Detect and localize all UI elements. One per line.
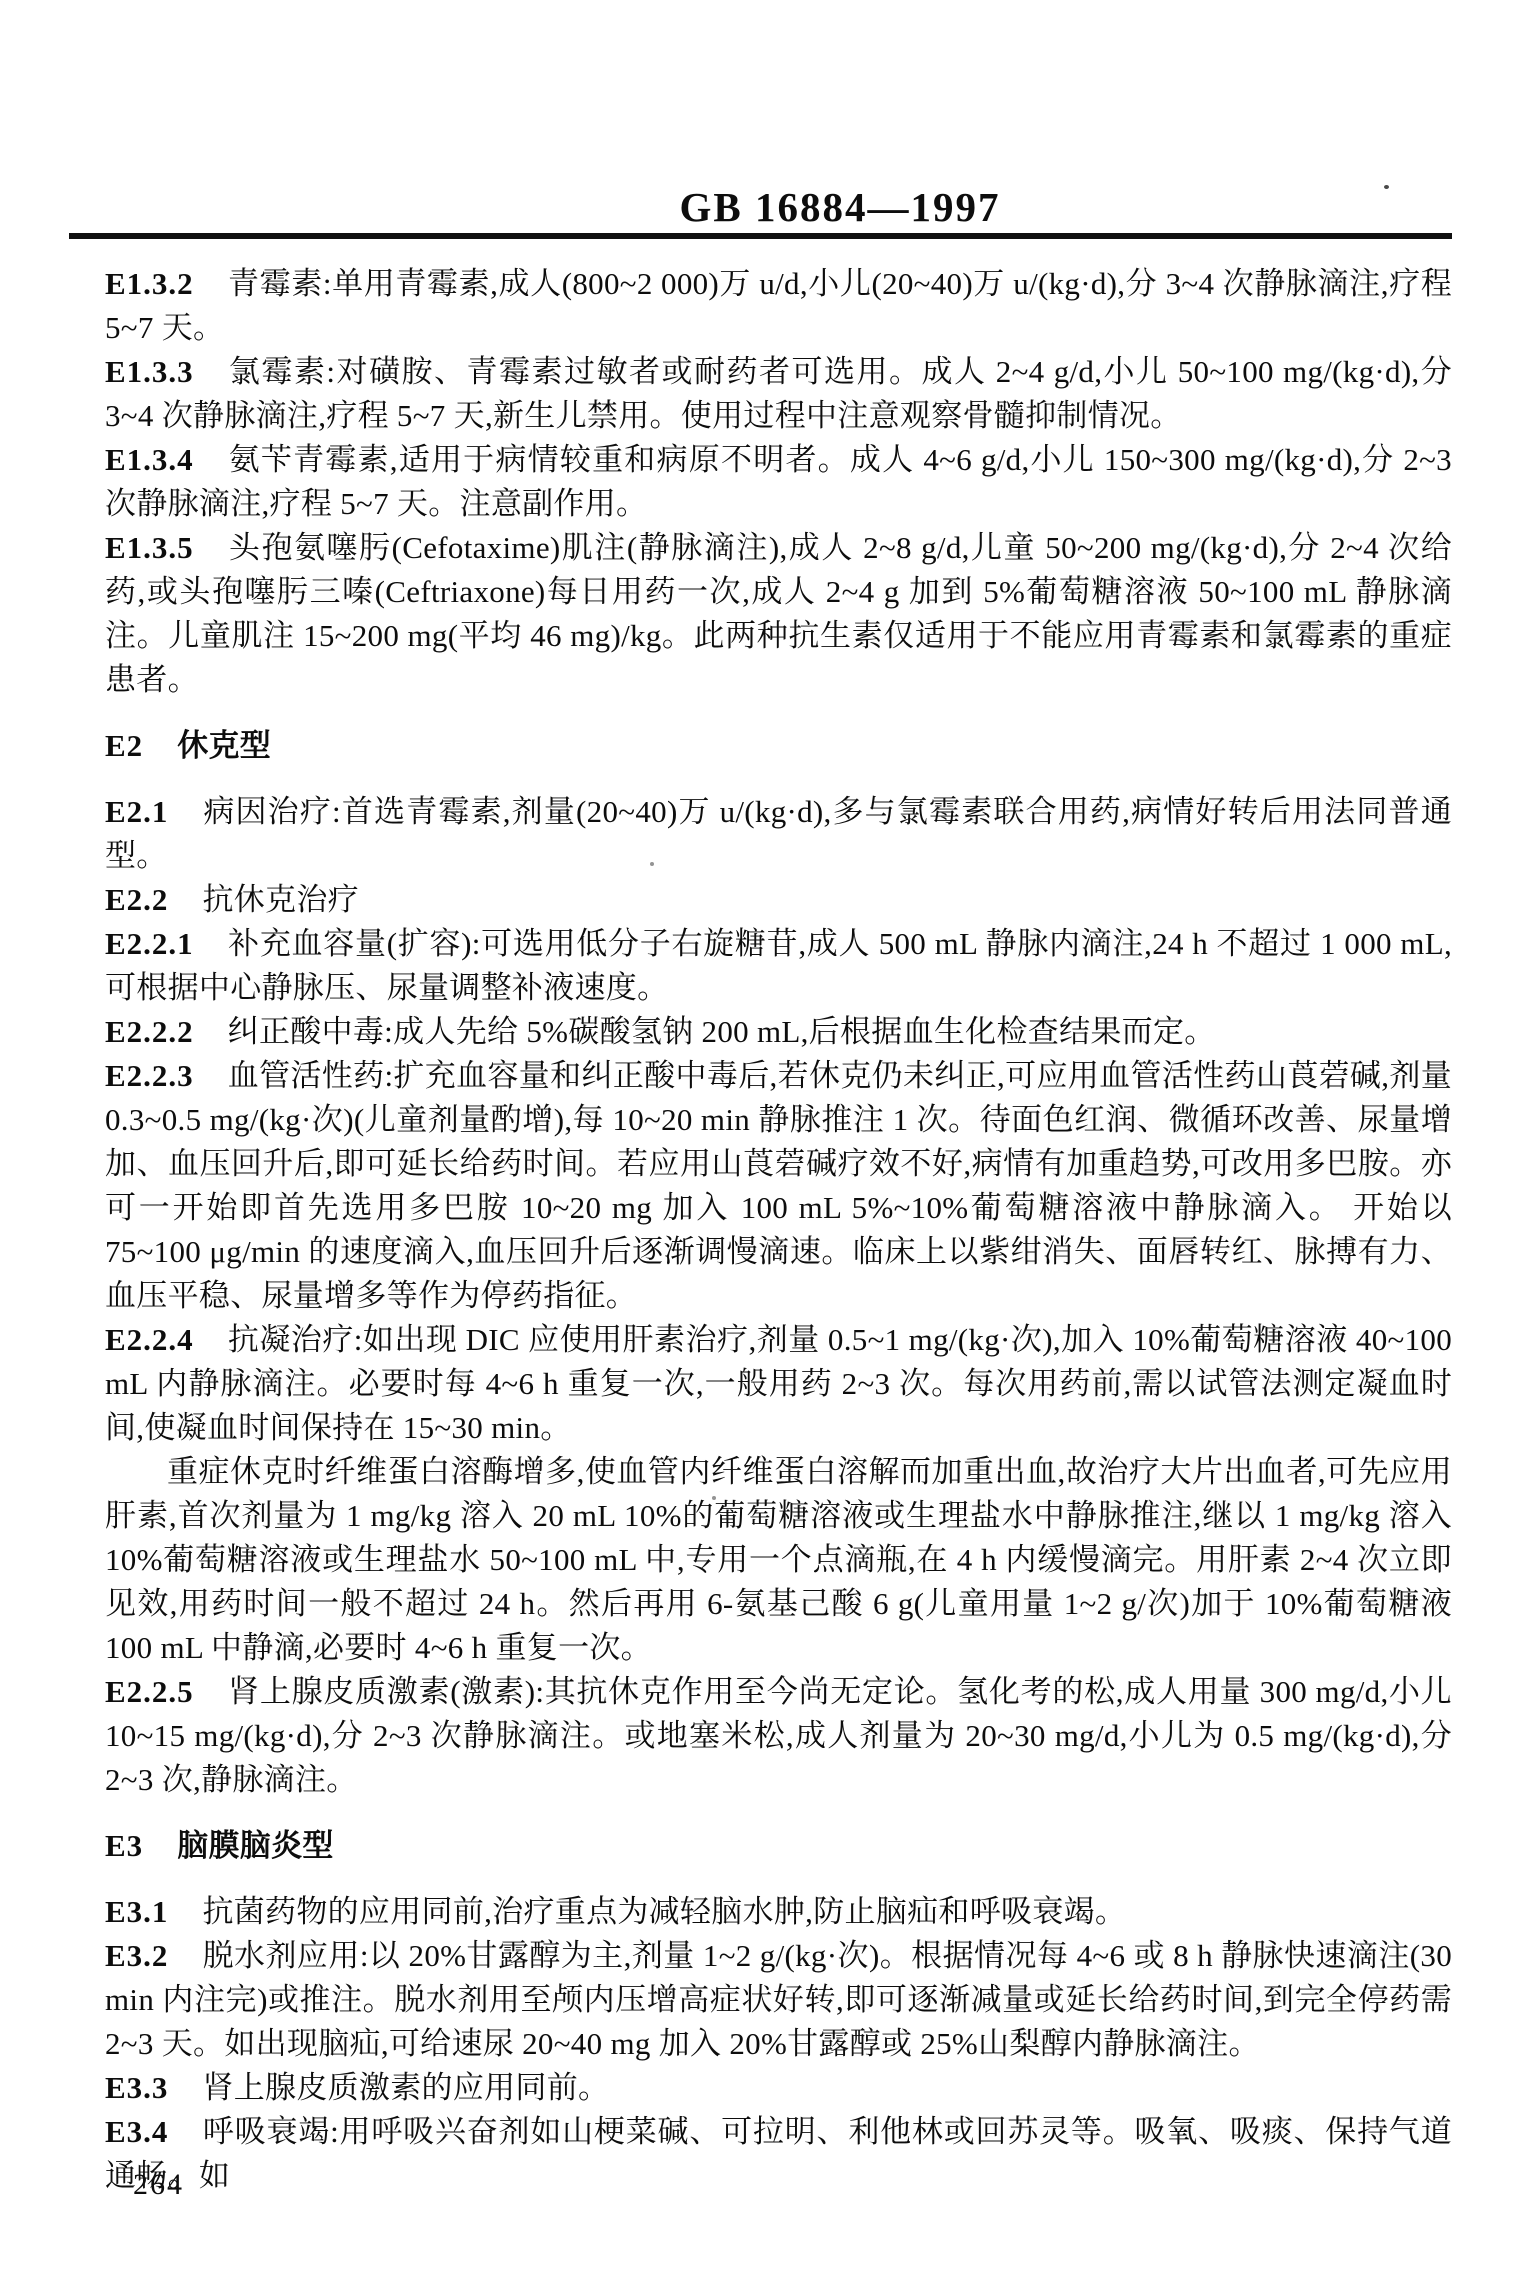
- clause-e2-1: E2.1病因治疗:首选青霉素,剂量(20~40)万 u/(kg·d),多与氯霉素…: [105, 790, 1452, 878]
- clause-label: E2.1: [105, 794, 168, 829]
- clause-text: 氨苄青霉素,适用于病情较重和病原不明者。成人 4~6 g/d,小儿 150~30…: [105, 442, 1452, 521]
- clause-e1-3-5: E1.3.5头孢氨噻肟(Cefotaxime)肌注(静脉滴注),成人 2~8 g…: [105, 526, 1452, 702]
- clause-e2-2-2: E2.2.2纠正酸中毒:成人先给 5%碳酸氢钠 200 mL,后根据血生化检查结…: [105, 1010, 1452, 1054]
- heading-text: 脑膜脑炎型: [177, 1828, 334, 1863]
- clause-label: E1.3.3: [105, 354, 194, 389]
- clause-label: E3.2: [105, 1938, 168, 1973]
- scan-speck: [1384, 185, 1389, 189]
- clause-text: 血管活性药:扩充血容量和纠正酸中毒后,若休克仍未纠正,可应用血管活性药山莨菪碱,…: [105, 1058, 1452, 1313]
- clause-label: E2.2.3: [105, 1058, 194, 1093]
- heading-text: 休克型: [177, 728, 271, 763]
- clause-e1-3-4: E1.3.4氨苄青霉素,适用于病情较重和病原不明者。成人 4~6 g/d,小儿 …: [105, 438, 1452, 526]
- clause-e2-2-5: E2.2.5肾上腺皮质激素(激素):其抗休克作用至今尚无定论。氢化考的松,成人用…: [105, 1670, 1452, 1802]
- clause-text: 抗菌药物的应用同前,治疗重点为减轻脑水肿,防止脑疝和呼吸衰竭。: [202, 1894, 1126, 1929]
- clause-label: E2.2: [105, 882, 168, 917]
- clause-text: 头孢氨噻肟(Cefotaxime)肌注(静脉滴注),成人 2~8 g/d,儿童 …: [105, 530, 1452, 697]
- clause-label: E3.1: [105, 1894, 168, 1929]
- clause-e2-2-3: E2.2.3血管活性药:扩充血容量和纠正酸中毒后,若休克仍未纠正,可应用血管活性…: [105, 1054, 1452, 1318]
- clause-text: 青霉素:单用青霉素,成人(800~2 000)万 u/d,小儿(20~40)万 …: [105, 266, 1452, 345]
- clause-e3-4: E3.4呼吸衰竭:用呼吸兴奋剂如山梗菜碱、可拉明、利他林或回苏灵等。吸氧、吸痰、…: [105, 2110, 1452, 2198]
- clause-e3-1: E3.1抗菌药物的应用同前,治疗重点为减轻脑水肿,防止脑疝和呼吸衰竭。: [105, 1890, 1452, 1934]
- clause-label: E2.2.2: [105, 1014, 194, 1049]
- clause-text: 肾上腺皮质激素(激素):其抗休克作用至今尚无定论。氢化考的松,成人用量 300 …: [105, 1674, 1452, 1797]
- body-paragraph-indented: 重症休克时纤维蛋白溶酶增多,使血管内纤维蛋白溶解而加重出血,故治疗大片出血者,可…: [105, 1450, 1452, 1670]
- clause-label: E1.3.2: [105, 266, 194, 301]
- clause-text: 抗休克治疗: [202, 882, 359, 917]
- scan-speck: [650, 862, 654, 866]
- section-heading-e2: E2休克型: [105, 724, 1452, 768]
- clause-label: E1.3.4: [105, 442, 194, 477]
- clause-label: E1.3.5: [105, 530, 194, 565]
- clause-text: 重症休克时纤维蛋白溶酶增多,使血管内纤维蛋白溶解而加重出血,故治疗大片出血者,可…: [105, 1454, 1452, 1665]
- scan-speck: [712, 1496, 716, 1500]
- clause-text: 纠正酸中毒:成人先给 5%碳酸氢钠 200 mL,后根据血生化检查结果而定。: [228, 1014, 1216, 1049]
- clause-label: E2.2.4: [105, 1322, 194, 1357]
- clause-label: E3.4: [105, 2114, 168, 2149]
- clause-e2-2-1: E2.2.1补充血容量(扩容):可选用低分子右旋糖苷,成人 500 mL 静脉内…: [105, 922, 1452, 1010]
- clause-e2-2-4: E2.2.4抗凝治疗:如出现 DIC 应使用肝素治疗,剂量 0.5~1 mg/(…: [105, 1318, 1452, 1450]
- page-number: 264: [133, 2168, 184, 2202]
- clause-text: 病因治疗:首选青霉素,剂量(20~40)万 u/(kg·d),多与氯霉素联合用药…: [105, 794, 1452, 873]
- clause-text: 氯霉素:对磺胺、青霉素过敏者或耐药者可选用。成人 2~4 g/d,小儿 50~1…: [105, 354, 1452, 433]
- standard-number: GB 16884—1997: [680, 183, 1001, 231]
- clause-text: 补充血容量(扩容):可选用低分子右旋糖苷,成人 500 mL 静脉内滴注,24 …: [105, 926, 1452, 1005]
- clause-label: E3: [105, 1828, 143, 1863]
- section-heading-e3: E3脑膜脑炎型: [105, 1824, 1452, 1868]
- clause-text: 脱水剂应用:以 20%甘露醇为主,剂量 1~2 g/(kg·次)。根据情况每 4…: [105, 1938, 1452, 2061]
- clause-e1-3-2: E1.3.2青霉素:单用青霉素,成人(800~2 000)万 u/d,小儿(20…: [105, 262, 1452, 350]
- clause-text: 呼吸衰竭:用呼吸兴奋剂如山梗菜碱、可拉明、利他林或回苏灵等。吸氧、吸痰、保持气道…: [105, 2114, 1452, 2193]
- clause-text: 抗凝治疗:如出现 DIC 应使用肝素治疗,剂量 0.5~1 mg/(kg·次),…: [105, 1322, 1452, 1445]
- document-body: E1.3.2青霉素:单用青霉素,成人(800~2 000)万 u/d,小儿(20…: [105, 262, 1452, 2198]
- clause-text: 肾上腺皮质激素的应用同前。: [202, 2070, 609, 2105]
- clause-e2-2: E2.2抗休克治疗: [105, 878, 1452, 922]
- clause-label: E2.2.5: [105, 1674, 194, 1709]
- clause-e3-3: E3.3肾上腺皮质激素的应用同前。: [105, 2066, 1452, 2110]
- header-rule: [69, 233, 1452, 239]
- clause-e3-2: E3.2脱水剂应用:以 20%甘露醇为主,剂量 1~2 g/(kg·次)。根据情…: [105, 1934, 1452, 2066]
- clause-e1-3-3: E1.3.3氯霉素:对磺胺、青霉素过敏者或耐药者可选用。成人 2~4 g/d,小…: [105, 350, 1452, 438]
- clause-label: E2.2.1: [105, 926, 194, 961]
- clause-label: E3.3: [105, 2070, 168, 2105]
- clause-label: E2: [105, 728, 143, 763]
